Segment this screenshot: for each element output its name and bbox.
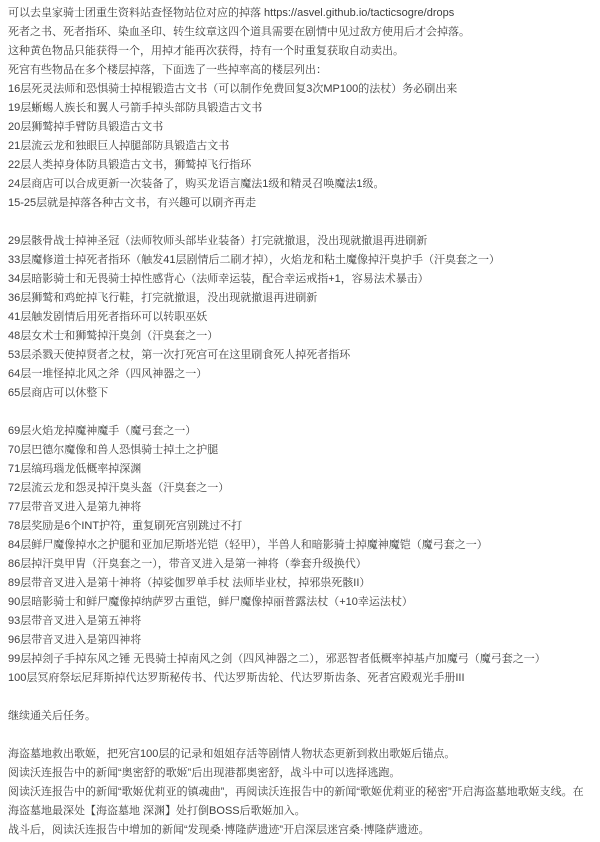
text-line: 29层骸骨战士掉神圣冠（法师牧师头部毕业装备）打完就撤退，没出现就撤退再进刷新 bbox=[8, 232, 594, 251]
section-floors-29-65: 29层骸骨战士掉神圣冠（法师牧师头部毕业装备）打完就撤退，没出现就撤退再进刷新3… bbox=[8, 232, 594, 403]
drops-guide-document: 可以去皇家骑士团重生资料站查怪物站位对应的掉落 https://asvel.gi… bbox=[0, 0, 600, 840]
text-line: 36层狮鹫和鸡蛇掉飞行鞋，打完就撤退，没出现就撤退再进刷新 bbox=[8, 289, 594, 308]
text-line: 86层掉汗臭甲胄（汗臭套之一），带音叉进入是第一神将（拳套升级换代） bbox=[8, 555, 594, 574]
text-line: 24层商店可以合成更新一次装备了，购买龙语言魔法1级和精灵召唤魔法1级。 bbox=[8, 175, 594, 194]
text-line: 77层带音叉进入是第九神将 bbox=[8, 498, 594, 517]
section-continue-note: 继续通关后任务。 bbox=[8, 707, 594, 726]
text-line: 48层女术士和狮鹫掉汗臭剑（汗臭套之一） bbox=[8, 327, 594, 346]
section-post-game-tasks: 海盗墓地救出歌姬，把死宫100层的记录和姐姐存活等剧情人物状态更新到救出歌姬后锚… bbox=[8, 745, 594, 840]
text-line: 20层狮鹫掉手臂防具锻造古文书 bbox=[8, 118, 594, 137]
section-intro-and-floors-15-25: 可以去皇家骑士团重生资料站查怪物站位对应的掉落 https://asvel.gi… bbox=[8, 4, 594, 213]
text-line: 这种黄色物品只能获得一个，用掉才能再次获得，持有一个时重复获取自动卖出。 bbox=[8, 42, 594, 61]
text-line: 死宫有些物品在多个楼层掉落，下面选了一些掉率高的楼层列出： bbox=[8, 61, 594, 80]
text-line: 海盗墓地救出歌姬，把死宫100层的记录和姐姐存活等剧情人物状态更新到救出歌姬后锚… bbox=[8, 745, 594, 764]
text-line: 78层奖励是6个INT护符，重复刷死宫别跳过不打 bbox=[8, 517, 594, 536]
text-line: 69层火焰龙掉魔神魔手（魔弓套之一） bbox=[8, 422, 594, 441]
text-line: 死者之书、死者指环、染血圣印、转生纹章这四个道具需要在剧情中见过敌方使用后才会掉… bbox=[8, 23, 594, 42]
text-line: 19层蜥蜴人族长和翼人弓箭手掉头部防具锻造古文书 bbox=[8, 99, 594, 118]
text-line: 89层带音叉进入是第十神将（掉娑伽罗单手杖 法师毕业杖，掉邪祟死骸II） bbox=[8, 574, 594, 593]
text-line: 65层商店可以休整下 bbox=[8, 384, 594, 403]
text-line: 72层流云龙和怨灵掉汗臭头盔（汗臭套之一） bbox=[8, 479, 594, 498]
text-line: 阅读沃连报告中的新闻“奥密舒的歌姬”后出现港都奥密舒，战斗中可以选择逃跑。 bbox=[8, 764, 594, 783]
text-line: 战斗后，阅读沃连报告中增加的新闻“发现桑·博隆萨遗迹”开启深层迷宫桑·博隆萨遗迹… bbox=[8, 821, 594, 840]
text-line: 继续通关后任务。 bbox=[8, 707, 594, 726]
text-line: 21层流云龙和独眼巨人掉腿部防具锻造古文书 bbox=[8, 137, 594, 156]
text-line: 16层死灵法师和恐惧骑士掉棍锻造古文书（可以制作免费回复3次MP100的法杖）务… bbox=[8, 80, 594, 99]
text-line: 22层人类掉身体防具锻造古文书，狮鹫掉飞行指环 bbox=[8, 156, 594, 175]
text-line: 34层暗影骑士和无畏骑士掉性感背心（法师幸运装，配合幸运戒指+1，容易法术暴击） bbox=[8, 270, 594, 289]
section-floors-69-100: 69层火焰龙掉魔神魔手（魔弓套之一）70层巴德尔魔像和兽人恐惧骑士掉土之护腿71… bbox=[8, 422, 594, 688]
text-line: 64层一堆怪掉北风之斧（四风神器之一） bbox=[8, 365, 594, 384]
text-line: 90层暗影骑士和鲜尸魔像掉纳萨罗古重铠，鲜尸魔像掉丽普露法杖（+10幸运法杖） bbox=[8, 593, 594, 612]
text-line: 15-25层就是掉落各种古文书，有兴趣可以刷齐再走 bbox=[8, 194, 594, 213]
text-line: 84层鲜尸魔像掉水之护腿和亚加尼斯塔光铠（轻甲），半兽人和暗影骑士掉魔神魔铠（魔… bbox=[8, 536, 594, 555]
text-line: 33层魔修道士掉死者指环（触发41层剧情后二刷才掉），火焰龙和粘土魔像掉汗臭护手… bbox=[8, 251, 594, 270]
text-line: 41层触发剧情后用死者指环可以转职巫妖 bbox=[8, 308, 594, 327]
text-line: 阅读沃连报告中的新闻“歌姬优莉亚的镇魂曲”，再阅读沃连报告中的新闻“歌姬优莉亚的… bbox=[8, 783, 594, 821]
text-line: 96层带音叉进入是第四神将 bbox=[8, 631, 594, 650]
text-line: 99层掉刽子手掉东风之锤 无畏骑士掉南风之剑（四风神器之二），邪恶智者低概率掉基… bbox=[8, 650, 594, 669]
text-line: 可以去皇家骑士团重生资料站查怪物站位对应的掉落 https://asvel.gi… bbox=[8, 4, 594, 23]
text-line: 71层缟玛瑙龙低概率掉深渊 bbox=[8, 460, 594, 479]
text-line: 53层杀戮天使掉贤者之杖，第一次打死宫可在这里刷食死人掉死者指环 bbox=[8, 346, 594, 365]
text-line: 100层冥府祭坛尼拜斯掉代达罗斯秘传书、代达罗斯齿轮、代达罗斯齿条、死者宫殿观光… bbox=[8, 669, 594, 688]
text-line: 93层带音叉进入是第五神将 bbox=[8, 612, 594, 631]
text-line: 70层巴德尔魔像和兽人恐惧骑士掉土之护腿 bbox=[8, 441, 594, 460]
